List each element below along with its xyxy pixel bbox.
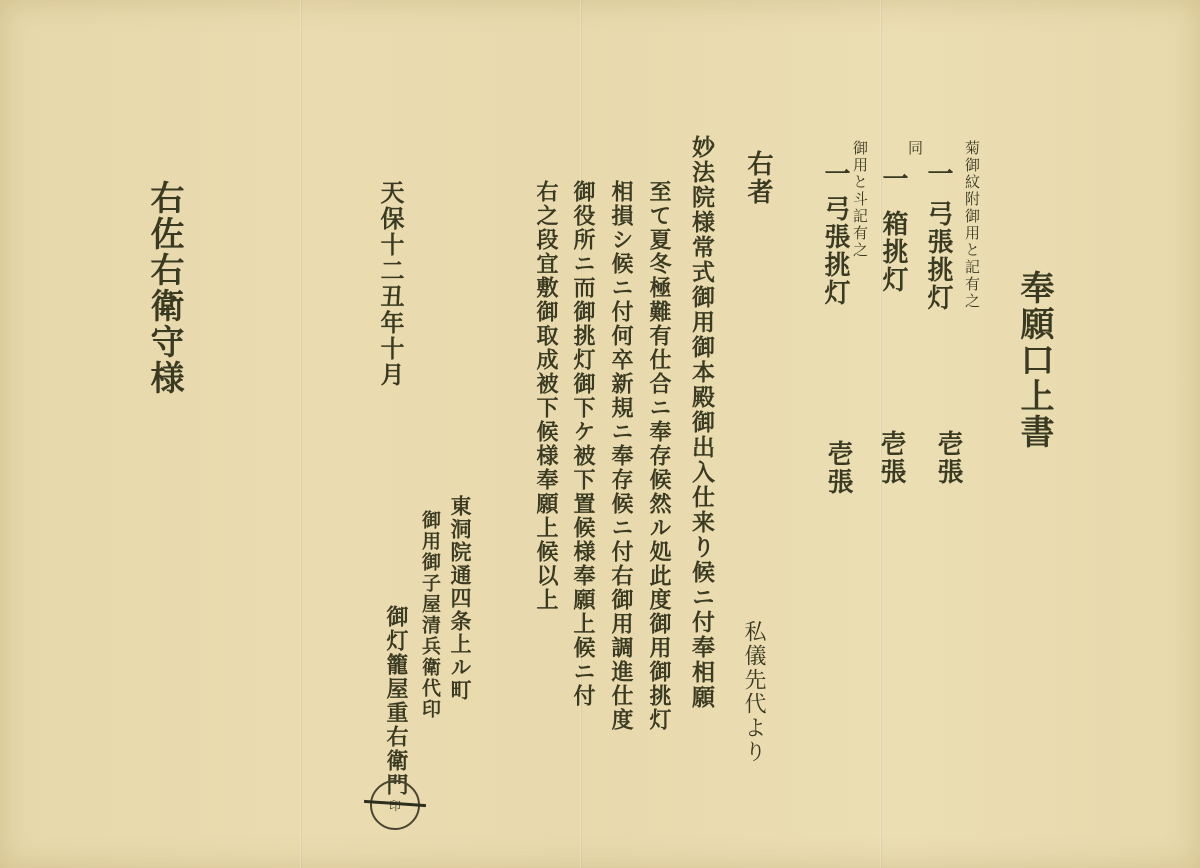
fold-line bbox=[300, 0, 302, 868]
document-page: 奉願口上書 菊御紋附御用と記有之 一 弓張挑灯 壱張 同 一 箱挑灯 壱張 御用… bbox=[0, 0, 1200, 868]
item-mark: 一 bbox=[822, 160, 848, 188]
body-line: 御役所ニ而御挑灯御下ケ被下置候様奉願上候ニ付 bbox=[572, 180, 594, 708]
signature-address: 東洞院通四条上ル町 bbox=[450, 495, 471, 702]
body-line: 妙法院様常式御用御本殿御出入仕来り候ニ付奉相願 bbox=[690, 135, 713, 710]
body-line: 至て夏冬極難有仕合ニ奉存候然ル処此度御用御挑灯 bbox=[648, 180, 670, 732]
body-line: 相損シ候ニ付何卒新規ニ奉存候ニ付右御用調進仕度 bbox=[610, 180, 632, 732]
item-note: 御用と斗記有之 bbox=[850, 140, 871, 259]
seal-stamp: 印 bbox=[370, 780, 420, 830]
item-mark: 一 bbox=[880, 165, 906, 193]
document-date: 天保十二丑年十月 bbox=[378, 180, 402, 388]
addressee: 右佐右衛守様 bbox=[140, 180, 189, 396]
body-heading: 右者 bbox=[745, 150, 771, 206]
item-note: 菊御紋附御用と記有之 bbox=[962, 140, 983, 310]
item-count: 壱張 bbox=[935, 430, 961, 486]
signature-name: 御灯籠屋重右衛門 bbox=[385, 605, 407, 797]
item-name: 弓張挑灯 bbox=[925, 200, 951, 312]
item-count: 壱張 bbox=[878, 430, 904, 486]
item-mark: 一 bbox=[925, 160, 951, 188]
body-line: 右之段宜敷御取成被下候様奉願上候以上 bbox=[535, 180, 557, 612]
item-count: 壱張 bbox=[825, 440, 851, 496]
item-name: 弓張挑灯 bbox=[822, 195, 848, 307]
item-name: 箱挑灯 bbox=[880, 210, 906, 294]
item-note: 同 bbox=[905, 140, 926, 157]
signature-line: 御用御子屋清兵衛代印 bbox=[420, 510, 439, 720]
body-note: 私儀先代より bbox=[738, 620, 769, 764]
document-title: 奉願口上書 bbox=[1010, 270, 1059, 450]
